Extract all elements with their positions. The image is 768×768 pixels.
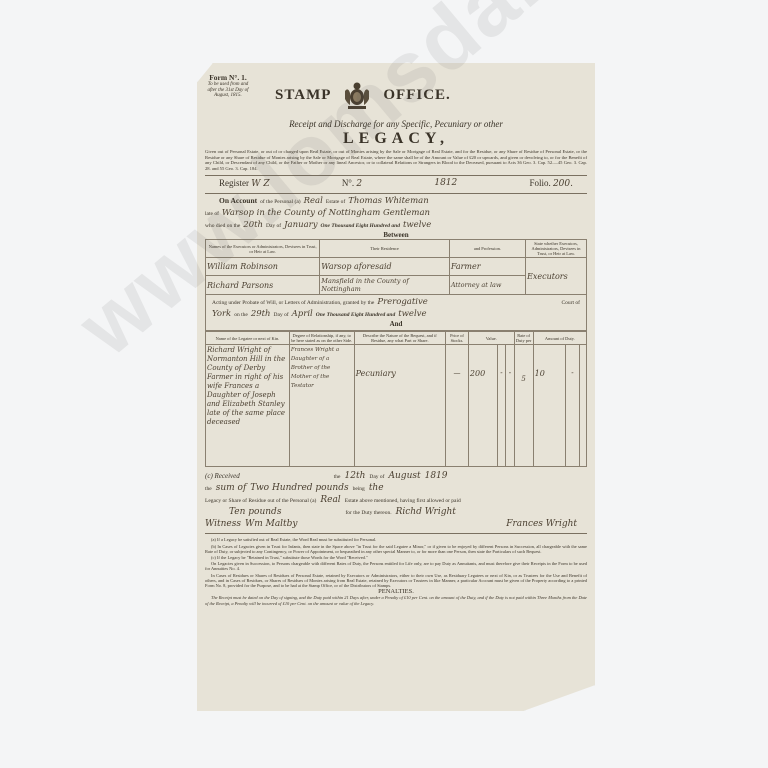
col-relationship: Degree of Relationship, if any, to be he… — [289, 332, 354, 345]
executor-capacity: Executors — [526, 258, 587, 295]
legacy-share-text: Legacy or Share of Residue out of the Pe… — [205, 498, 316, 504]
day-of-label: Day of — [266, 223, 281, 229]
title-row: STAMP OFFICE. — [275, 79, 451, 111]
executor-profession: Farmer — [449, 258, 525, 276]
footnotes: (a) If a Legacy be satisfied out of Real… — [205, 537, 587, 605]
form-number: Form N°. 1. — [205, 73, 251, 82]
register-row: Register W Z N°. 2 1812 Folio. 200. — [205, 178, 587, 189]
value-shillings: - — [497, 345, 505, 467]
estate-text: Estate above mentioned, having first all… — [345, 498, 461, 504]
folio-value: 200. — [553, 179, 573, 189]
heading-legacy: LEGACY, — [205, 130, 587, 148]
legatee-table: Name of the Legatee or next of Kin. Degr… — [205, 331, 587, 467]
royal-crest-icon — [341, 79, 373, 111]
deceased-name: Thomas Whiteman — [348, 196, 428, 206]
col-bequest: Describe the Nature of the Bequest, and … — [354, 332, 445, 345]
executor-name: William Robinson — [206, 258, 320, 276]
legacy-receipt-document: Form N°. 1. To be used from and after th… — [197, 63, 595, 711]
col-executor-names: Names of the Executors or Administrators… — [206, 240, 320, 258]
and-label: And — [212, 320, 580, 328]
being-value: the — [369, 483, 384, 493]
receipt-month: August — [389, 471, 421, 481]
account-lead: On Account — [219, 196, 257, 205]
receipt-day: 12th — [345, 471, 366, 481]
number-label: N°. — [342, 178, 354, 188]
receipt-block: (c) Received the 12th Day of August 1819… — [205, 471, 587, 529]
register-value: W Z — [251, 179, 269, 189]
value-pounds: 200 — [468, 345, 497, 467]
died-month: January — [284, 220, 317, 230]
stock-price: — — [446, 345, 469, 467]
the-label: the — [334, 474, 341, 480]
intro-text: Given out of Personal Estate, or out of … — [205, 149, 587, 171]
executor-residence: Mansfield in the County of Nottingham — [320, 276, 450, 295]
executor-profession: Attorney at law — [449, 276, 525, 295]
divider — [205, 193, 587, 194]
court-place: York — [212, 309, 231, 319]
thousand-label: One Thousand Eight Hundred and — [321, 223, 400, 229]
died-year: twelve — [403, 220, 431, 230]
duty-shillings: - — [566, 345, 579, 467]
thousand-label: One Thousand Eight Hundred and — [316, 312, 395, 318]
legatee-relationship: Frances Wright a Daughter of a Brother o… — [289, 345, 354, 467]
title-stamp: STAMP — [275, 87, 331, 104]
late-of-value: Warsop in the County of Nottingham Gentl… — [222, 208, 430, 218]
col-value: Value. — [468, 332, 514, 345]
died-day: 20th — [243, 220, 263, 230]
number-value: 2 — [356, 179, 362, 189]
probate-year: twelve — [398, 309, 426, 319]
form-note: To be used from and after the 31st Day o… — [205, 82, 251, 99]
being-label: being — [353, 486, 365, 492]
bequest-nature: Pecuniary — [354, 345, 445, 467]
title-office: OFFICE. — [383, 87, 450, 104]
duty-pence — [579, 345, 586, 467]
legatee-name: Richard Wright of Normanton Hill in the … — [206, 345, 290, 467]
executor-residence: Warsop aforesaid — [320, 258, 450, 276]
duty-rate: 5 — [514, 345, 533, 467]
witness-signature: Wm Maltby — [245, 519, 298, 529]
col-amount: Amount of Duty. — [533, 332, 586, 345]
col-rate: Rate of Duty per — [514, 332, 533, 345]
received-label: (c) Received — [205, 472, 240, 480]
col-price: Price of Stocks. — [446, 332, 469, 345]
register-label: Register — [219, 178, 249, 188]
witness-label: Witness — [205, 519, 241, 529]
died-label: who died on the — [205, 223, 240, 229]
probate-text: Acting under Probate of Will, or Letters… — [212, 300, 374, 306]
court-of-label: Court of — [562, 300, 581, 306]
between-label: Between — [205, 231, 587, 239]
executors-table: Names of the Executors or Administrators… — [205, 239, 587, 295]
duty-text: for the Duty thereon. — [345, 510, 391, 516]
late-of-line: late of Warsop in the County of Nottingh… — [205, 208, 587, 218]
day-of-label: Day of — [369, 474, 384, 480]
register-year: 1812 — [434, 178, 457, 189]
header: Form N°. 1. To be used from and after th… — [205, 73, 587, 121]
divider — [205, 175, 587, 176]
probate-day: 29th — [251, 309, 271, 319]
col-capacity: State whether Executors, Administrators,… — [526, 240, 587, 258]
probate-block: Acting under Probate of Will, or Letters… — [205, 295, 587, 331]
footnote: In Cases of Residues or Shares of Residu… — [205, 573, 587, 589]
account-line: On Account of the Personal (a) Real Esta… — [205, 196, 587, 206]
signature-frances-wright: Frances Wright — [506, 519, 577, 529]
sum-value: Two Hundred pounds — [250, 483, 348, 493]
footnote: (c) If the Legacy be "Retained in Trust,… — [205, 555, 587, 560]
col-residence: Their Residence — [320, 240, 450, 258]
folio-label: Folio. — [529, 178, 550, 188]
footnote: (b) In Cases of Legacies given in Trust … — [205, 544, 587, 554]
divider — [205, 533, 587, 534]
sum-label: the — [205, 486, 212, 492]
duty-paid-amount: Ten pounds — [229, 507, 281, 517]
day-of-label: Day of — [274, 312, 289, 318]
account-personal-label: of the Personal (a) — [260, 199, 300, 205]
value-pence: - — [506, 345, 514, 467]
receipt-year: 1819 — [425, 471, 448, 481]
table-row: William Robinson Warsop aforesaid Farmer… — [206, 258, 587, 276]
form-number-block: Form N°. 1. To be used from and after th… — [205, 73, 251, 99]
receipt-estate-type: Real — [320, 495, 340, 505]
sum-prefix: sum of — [216, 483, 247, 493]
penalties-title: PENALTIES. — [205, 589, 587, 594]
estate-of-label: Estate of — [326, 199, 345, 205]
table-row: Richard Wright of Normanton Hill in the … — [206, 345, 587, 467]
footnote: On Legacies given in Succession, to Pers… — [205, 561, 587, 571]
footnote: (a) If a Legacy be satisfied out of Real… — [205, 537, 587, 542]
col-profession: and Profession. — [449, 240, 525, 258]
col-legatee: Name of the Legatee or next of Kin. — [206, 332, 290, 345]
probate-month: April — [292, 309, 313, 319]
died-line: who died on the 20th Day of January One … — [205, 220, 587, 230]
executor-name: Richard Parsons — [206, 276, 320, 295]
duty-amount: 10 — [533, 345, 566, 467]
late-of-label: late of — [205, 211, 219, 217]
penalties-text: The Receipt must be dated on the Day of … — [205, 595, 587, 605]
on-the-label: on the — [234, 312, 248, 318]
estate-type: Real — [304, 196, 323, 206]
court-name: Prerogative — [377, 297, 427, 307]
signature-richard-wright: Richd Wright — [396, 507, 456, 517]
